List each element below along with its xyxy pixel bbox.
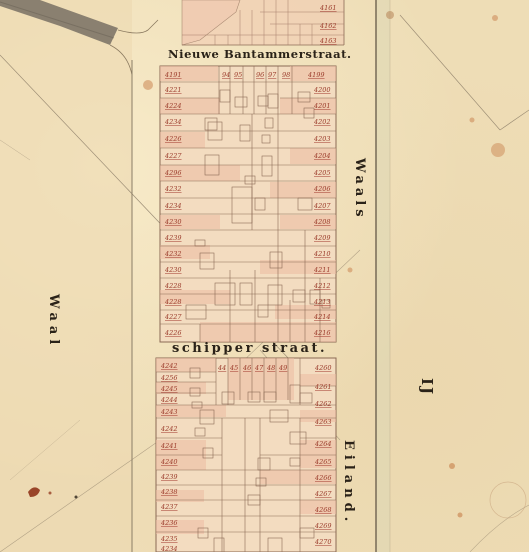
parcel-number: 4268	[315, 506, 332, 514]
parcel-number: 47	[255, 364, 263, 372]
parcel-number: 4256	[161, 374, 178, 382]
street-label-nieuwe-bantammerstraat: Nieuwe Bantammerstraat.	[168, 47, 352, 61]
parcel-number: 44	[218, 364, 226, 372]
parcel-number: 4241	[161, 442, 178, 450]
parcel-number: 95	[234, 71, 242, 79]
parcel-number: 97	[268, 71, 276, 79]
parcel-number: 4200	[314, 86, 331, 94]
parcel-number: 4228	[165, 282, 182, 290]
parcel-number: 4270	[315, 538, 332, 546]
parcel-number: 4232	[165, 185, 182, 193]
parcel-number: 49	[279, 364, 287, 372]
parcel-number: 4243	[161, 408, 178, 416]
area-label-eiland: Eiland.	[341, 440, 356, 526]
parcel-number: 4234	[161, 545, 178, 552]
parcel-number: 4234	[165, 202, 182, 210]
parcel-number: 98	[282, 71, 290, 79]
parcel-number: 4210	[314, 250, 331, 258]
parcel-number: 4242	[161, 362, 178, 370]
parcel-number: 4239	[165, 234, 182, 242]
parcel-number: 4237	[161, 503, 178, 511]
street-label-schipperstraat: schipper straat.	[172, 341, 327, 356]
parcel-number: 4230	[165, 218, 182, 226]
parcel-number: 4264	[315, 440, 332, 448]
parcel-number: 4201	[314, 102, 331, 110]
parcel-number: 4163	[320, 37, 337, 45]
parcel-number: 4266	[315, 474, 332, 482]
parcel-number: 46	[243, 364, 251, 372]
parcel-number: 4206	[314, 185, 331, 193]
map-linework	[0, 0, 529, 552]
parcel-number: 4230	[165, 266, 182, 274]
parcel-number: 4265	[315, 458, 332, 466]
parcel-number: 4212	[314, 282, 331, 290]
parcel-number: 45	[230, 364, 238, 372]
water-label-waals: Waals	[352, 158, 367, 221]
parcel-number: 4209	[314, 234, 331, 242]
parcel-number: 94	[222, 71, 230, 79]
parcel-number: 4211	[314, 266, 331, 274]
parcel-number: 4236	[161, 519, 178, 527]
parcel-number: 4199	[308, 71, 325, 79]
parcel-number: 4238	[161, 488, 178, 496]
parcel-number: 4242	[161, 425, 178, 433]
cadastral-map: Nieuwe Bantammerstraat. schipper straat.…	[0, 0, 529, 552]
parcel-number: 4227	[165, 313, 182, 321]
parcel-number: 4161	[320, 4, 337, 12]
parcel-number: 4227	[165, 152, 182, 160]
parcel-number: 4203	[314, 135, 331, 143]
parcel-number: 4235	[161, 535, 178, 543]
parcel-number: 4244	[161, 396, 178, 404]
parcel-number: 4234	[165, 118, 182, 126]
parcel-number: 4207	[314, 202, 331, 210]
parcel-number: 4262	[315, 400, 332, 408]
parcel-number: 4226	[165, 329, 182, 337]
parcel-number: 4232	[165, 250, 182, 258]
parcel-number: 4191	[165, 71, 182, 79]
parcel-number: 4204	[314, 152, 331, 160]
parcel-number: 4228	[165, 298, 182, 306]
parcel-number: 4224	[165, 102, 182, 110]
parcel-number: 4226	[165, 135, 182, 143]
parcel-number: 4296	[165, 169, 182, 177]
parcel-number: 4269	[315, 522, 332, 530]
parcel-number: 4240	[161, 458, 178, 466]
parcel-number: 4245	[161, 385, 178, 393]
parcel-number: 48	[267, 364, 275, 372]
upper-block	[160, 66, 336, 342]
water-label-waal: Waal	[46, 294, 61, 349]
parcel-number: 4216	[314, 329, 331, 337]
lower-block	[156, 358, 336, 552]
parcel-number: 4202	[314, 118, 331, 126]
water-label-ij: IJ	[418, 378, 436, 396]
parcel-number: 4221	[165, 86, 182, 94]
parcel-number: 4214	[314, 313, 331, 321]
parcel-number: 4260	[315, 364, 332, 372]
parcel-number: 4213	[314, 298, 331, 306]
parcel-number: 4162	[320, 22, 337, 30]
parcel-number: 96	[256, 71, 264, 79]
parcel-number: 4239	[161, 473, 178, 481]
parcel-number: 4205	[314, 169, 331, 177]
parcel-number: 4267	[315, 490, 332, 498]
parcel-number: 4263	[315, 418, 332, 426]
parcel-number: 4261	[315, 383, 332, 391]
parcel-number: 4208	[314, 218, 331, 226]
